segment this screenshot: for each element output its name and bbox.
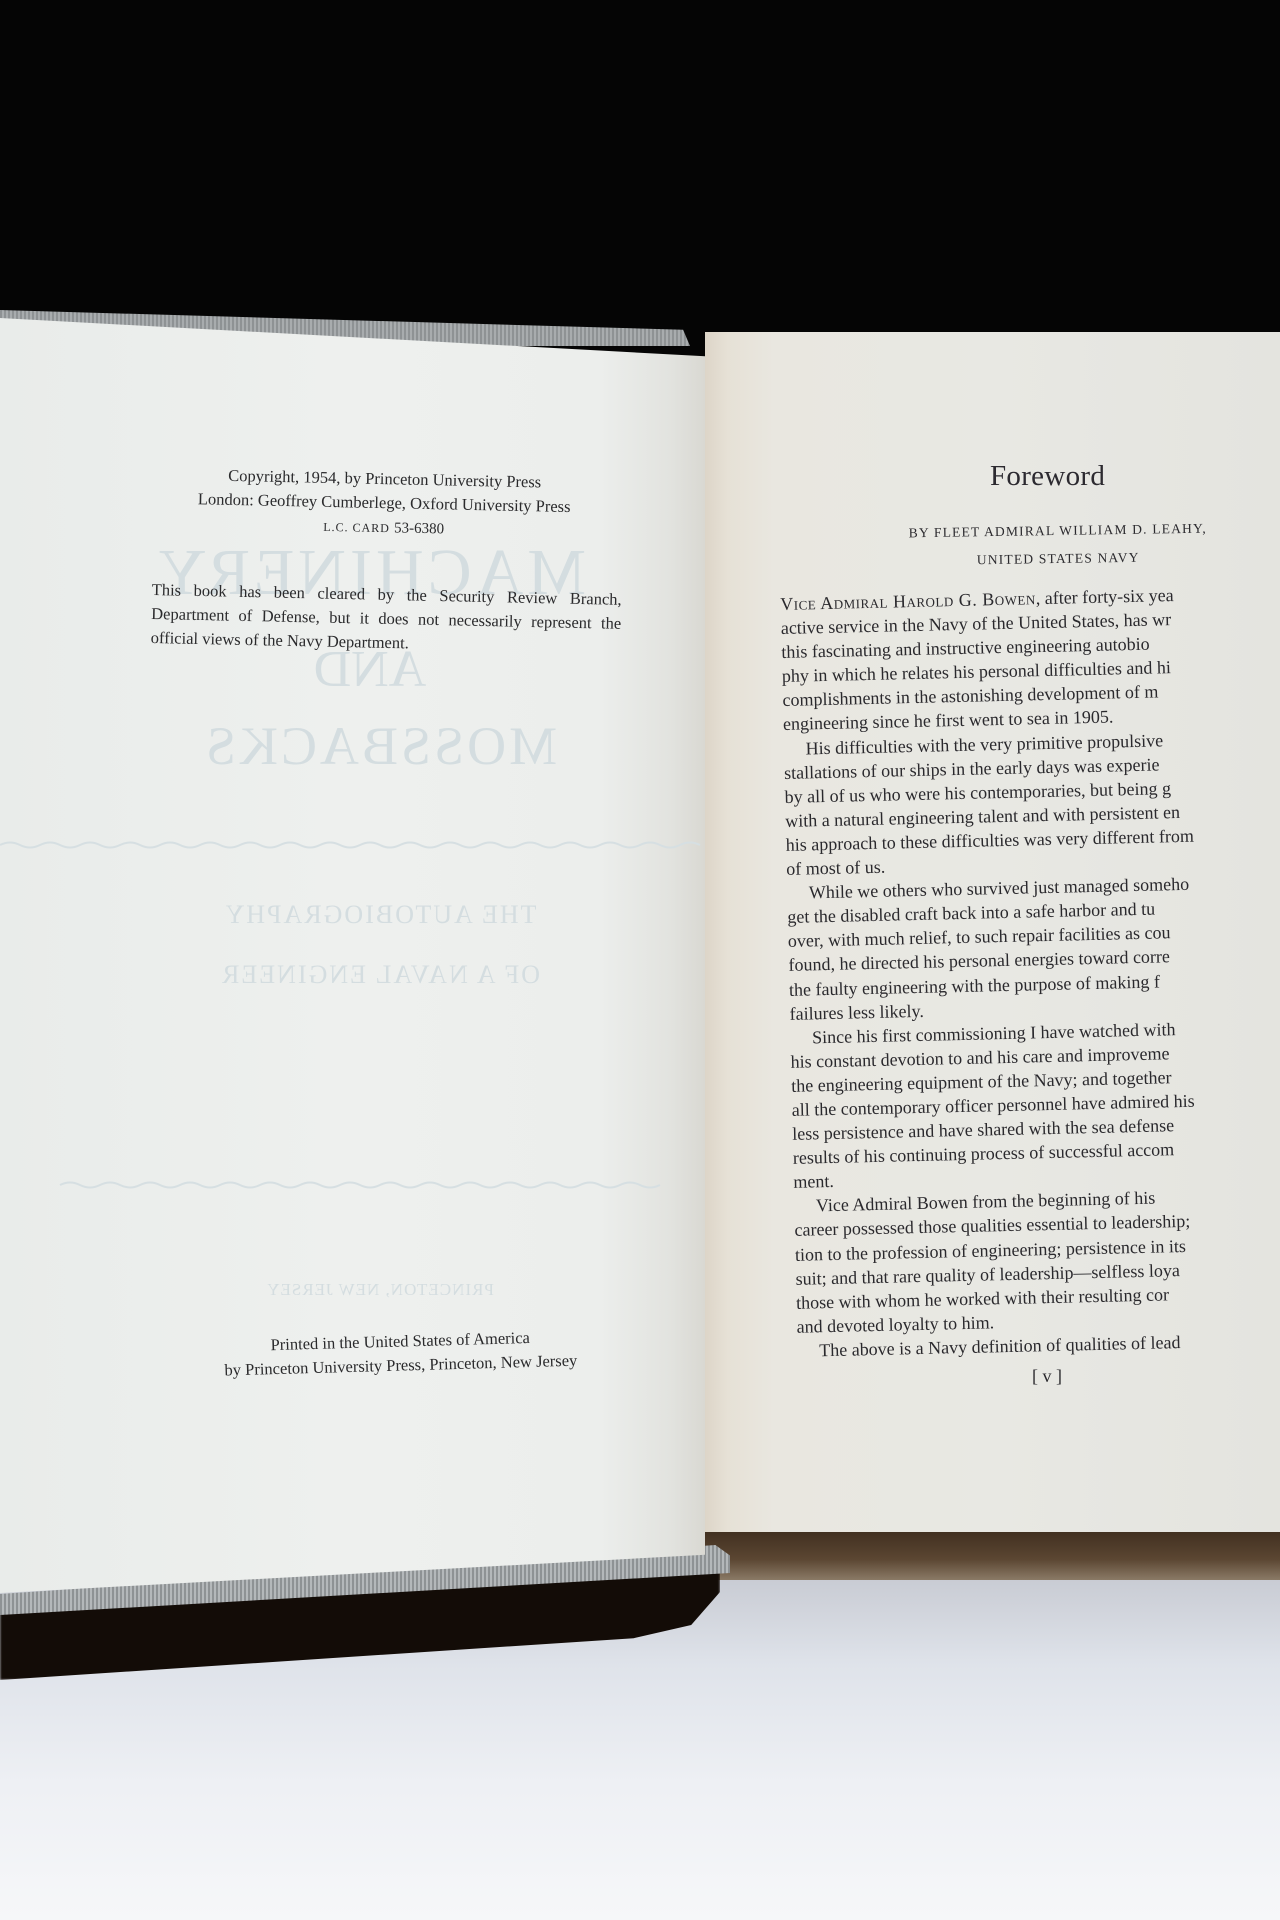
lc-card-label: L.C. CARD	[323, 520, 390, 535]
foreword-byline: BY FLEET ADMIRAL WILLIAM D. LEAHY, UNITE…	[858, 514, 1259, 576]
lc-card-number: 53-6380	[394, 520, 444, 537]
page-number: [ v ]	[1032, 1366, 1062, 1387]
foreword-title: Foreword	[990, 460, 1105, 493]
lead-small-caps: Vice Admiral Harold G. Bowen	[780, 588, 1036, 614]
security-clearance-notice: This book has been cleared by the Securi…	[150, 578, 621, 660]
right-page-shadow	[700, 1528, 1280, 1580]
copyright-block: Copyright, 1954, by Princeton University…	[138, 462, 629, 545]
foreword-body-text: Vice Admiral Harold G. Bowen, after fort…	[780, 580, 1280, 1363]
